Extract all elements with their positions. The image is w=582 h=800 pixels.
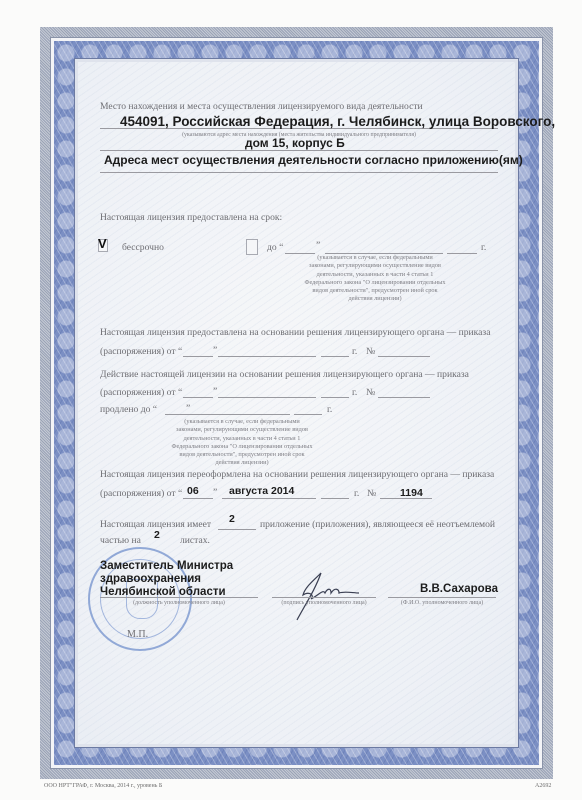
appendix-count: 2 [229,513,235,525]
extended-day-line[interactable] [165,414,195,415]
extended-year-line[interactable] [294,414,322,415]
signer-name: В.В.Сахарова [420,583,498,595]
validity-quote-close: ” [213,386,217,397]
check-mark: V [98,236,107,251]
term-note-line: действия лицензии) [300,295,450,303]
name-underline [388,597,496,598]
signature-underline [272,597,376,598]
location-line-2 [100,150,498,151]
term-note-line: деятельности, указанных в части 4 статьи… [300,271,450,279]
validity-line-1: Действие настоящей лицензии на основании… [100,369,469,380]
appendix-part-prefix: частью на [100,535,141,546]
signature-caption: (подпись уполномоченного лица) [272,599,376,607]
form-code: А2692 [535,783,551,789]
reissue-line-1: Настоящая лицензия переоформлена на осно… [100,469,494,480]
address-line-1: 454091, Российская Федерация, г. Челябин… [120,114,555,129]
validity-note-line: (указывается в случае, если федеральными [162,418,322,426]
position-line-underline [100,597,258,598]
basis-month-line[interactable] [218,356,316,357]
basis-year-line[interactable] [321,356,349,357]
appendix-sheets: 2 [154,529,160,541]
extended-prefix: продлено до “ [100,404,157,415]
reissue-day-line[interactable] [183,498,213,499]
basis-number-line[interactable] [378,356,430,357]
validity-line-2-prefix: (распоряжения) от “ [100,387,182,398]
until-checkbox[interactable] [246,239,258,255]
reissue-day: 06 [187,485,199,497]
printer-info: ООО НРТ"ГРАФ, г. Москва, 2014 г., уровен… [44,783,162,789]
extended-month-line[interactable] [195,414,290,415]
term-note-line: (указывается в случае, если федеральными [300,254,450,262]
reissue-number: 1194 [400,487,423,499]
location-label: Место нахождения и места осуществления л… [100,101,423,112]
reissue-year-suffix: г. [354,488,359,499]
address-line-3: Адреса мест осуществления деятельности с… [104,153,523,167]
reissue-month-year: августа 2014 [229,485,294,497]
address-line-2: дом 15, корпус Б [245,136,345,150]
validity-note-line: видов деятельности", предусмотрен иной с… [162,451,322,459]
signature-mark [275,565,365,625]
validity-month-line[interactable] [218,397,316,398]
reissue-number-sign: № [367,488,376,499]
appendix-count-line[interactable] [218,529,256,530]
basis-year-suffix: г. [352,346,357,357]
signer-position: Заместитель Министра здравоохранения Чел… [100,560,233,599]
seal-label: М.П. [127,629,148,640]
term-note-line: Федерального закона "О лицензировании от… [300,279,450,287]
validity-year-suffix: г. [352,387,357,398]
until-quote-close: ” [316,240,320,251]
term-note-line: видов деятельности", предусмотрен иной с… [300,287,450,295]
reissue-line-2-prefix: (распоряжения) от “ [100,488,182,499]
basis-line-1: Настоящая лицензия предоставлена на осно… [100,327,490,338]
validity-note-line: законами, регулирующими осуществление ви… [162,426,322,434]
reissue-month-line[interactable] [222,498,316,499]
validity-number-line[interactable] [378,397,430,398]
validity-number-sign: № [366,387,375,398]
validity-note-line: деятельности, указанных в части 4 статьи… [162,435,322,443]
until-prefix: до “ [267,242,283,253]
validity-year-line[interactable] [321,397,349,398]
validity-day-line[interactable] [183,397,213,398]
position-line: здравоохранения [100,573,233,586]
validity-note-line: Федерального закона "О лицензировании от… [162,443,322,451]
validity-note: (указывается в случае, если федеральными… [162,418,322,468]
basis-line-2-prefix: (распоряжения) от “ [100,346,182,357]
reissue-quote-close: ” [213,487,217,498]
extended-year-suffix: г. [327,404,332,415]
extended-quote-close: ” [186,403,190,414]
appendix-suffix: приложение (приложения), являющееся её н… [260,519,495,530]
position-line: Заместитель Министра [100,560,233,573]
basis-quote-close: ” [213,345,217,356]
position-caption: (должность уполномоченного лица) [100,599,258,607]
term-note: (указывается в случае, если федеральными… [300,254,450,304]
until-year-line[interactable] [447,253,477,254]
unlimited-label: бессрочно [122,242,164,253]
validity-note-line: действия лицензии) [162,459,322,467]
basis-number-sign: № [366,346,375,357]
appendix-part-suffix: листах. [180,535,210,546]
basis-day-line[interactable] [183,356,213,357]
reissue-year-line[interactable] [321,498,349,499]
until-year-suffix: г. [481,242,486,253]
name-caption: (Ф.И.О. уполномоченного лица) [388,599,496,607]
term-note-line: законами, регулирующими осуществление ви… [300,262,450,270]
location-line-3 [100,172,498,173]
term-label: Настоящая лицензия предоставлена на срок… [100,212,282,223]
